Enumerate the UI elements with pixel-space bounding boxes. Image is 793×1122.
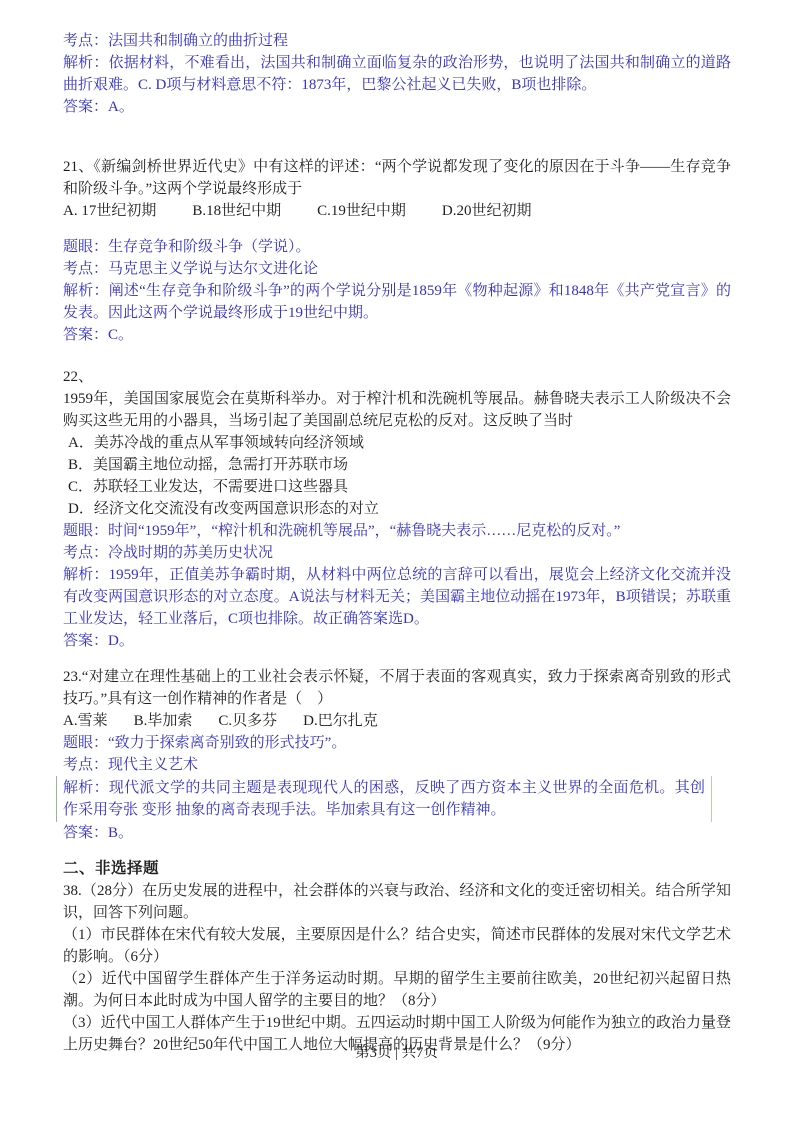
option-d: D.20世纪初期 <box>442 200 532 222</box>
answer-line: 答案：B。 <box>63 822 731 844</box>
analysis-line: 解析：阐述“生存竞争和阶级斗争”的两个学说分别是1859年《物种起源》和1848… <box>63 280 731 324</box>
option-b: B．美国霸主地位动摇，急需打开苏联市场 <box>63 454 731 476</box>
option-d: D．经济文化交流没有改变两国意识形态的对立 <box>63 498 731 520</box>
answer-line: 答案：C。 <box>63 324 731 346</box>
section-heading: 二、非选择题 <box>63 858 731 880</box>
question-23-block: 23.“对建立在理性基础上的工业社会表示怀疑，不屑于表面的客观真实，致力于探索离… <box>63 666 731 844</box>
question-stem: 23.“对建立在理性基础上的工业社会表示怀疑，不屑于表面的客观真实，致力于探索离… <box>63 666 731 710</box>
analysis-highlight-box: 解析：现代派文学的共同主题是表现现代人的困惑，反映了西方资本主义世界的全面危机。… <box>56 776 712 822</box>
option-c: C．苏联轻工业发达，不需要进口这些器具 <box>63 476 731 498</box>
options-row: A.雪莱B.毕加索C.贝多芬D.巴尔扎克 <box>63 710 731 732</box>
analysis-line: 解析：1959年，正值美苏争霸时期，从材料中两位总统的言辞可以看出，展览会上经济… <box>63 564 731 630</box>
question-stem: 21、《新编剑桥世界近代史》中有这样的评述：“两个学说都发现了变化的原因在于斗争… <box>63 156 731 200</box>
analysis-line: 解析：依据材料，不难看出，法国共和制确立面临复杂的政治形势，也说明了法国共和制确… <box>63 52 731 96</box>
exam-point-line: 考点：现代主义艺术 <box>63 754 731 776</box>
question-stem: 1959年，美国国家展览会在莫斯科举办。对于榨汁机和洗碗机等展品。赫鲁晓夫表示工… <box>63 388 731 432</box>
option-a: A．美苏冷战的重点从军事领域转向经济领域 <box>63 432 731 454</box>
section-2-block: 二、非选择题 38.（28分）在历史发展的进程中，社会群体的兴衰与政治、经济和文… <box>63 858 731 1056</box>
option-c: C.贝多芬 <box>218 710 277 732</box>
prev-answer-block: 考点：法国共和制确立的曲折过程 解析：依据材料，不难看出，法国共和制确立面临复杂… <box>63 30 731 118</box>
analysis-line: 解析：现代派文学的共同主题是表现现代人的困惑，反映了西方资本主义世界的全面危机。… <box>63 777 705 821</box>
answer-line: 答案：D。 <box>63 630 731 652</box>
question-22-block: 22、 1959年，美国国家展览会在莫斯科举办。对于榨汁机和洗碗机等展品。赫鲁晓… <box>63 366 731 652</box>
option-c: C.19世纪中期 <box>317 200 406 222</box>
option-b: B.毕加索 <box>134 710 193 732</box>
question-21-block: 21、《新编剑桥世界近代史》中有这样的评述：“两个学说都发现了变化的原因在于斗争… <box>63 156 731 346</box>
option-d: D.巴尔扎克 <box>303 710 378 732</box>
answer-line: 答案：A。 <box>63 96 731 118</box>
options-row: A. 17世纪初期B.18世纪中期C.19世纪中期D.20世纪初期 <box>63 200 731 222</box>
option-a: A.雪莱 <box>63 710 108 732</box>
option-a: A. 17世纪初期 <box>63 200 156 222</box>
exam-point-line: 考点：马克思主义学说与达尔文进化论 <box>63 258 731 280</box>
question-number: 22、 <box>63 366 731 388</box>
document-page: 考点：法国共和制确立的曲折过程 解析：依据材料，不难看出，法国共和制确立面临复杂… <box>0 0 793 1122</box>
question-22-explanation: 题眼：时间“1959年”，“榨汁机和洗碗机等展品”，“赫鲁晓夫表示……尼克松的反… <box>63 520 731 652</box>
question-21-explanation: 题眼：生存竞争和阶级斗争（学说）。 考点：马克思主义学说与达尔文进化论 解析：阐… <box>63 236 731 346</box>
key-clue-line: 题眼：时间“1959年”，“榨汁机和洗碗机等展品”，“赫鲁晓夫表示……尼克松的反… <box>63 520 731 542</box>
question-38-intro: 38.（28分）在历史发展的进程中，社会群体的兴衰与政治、经济和文化的变迁密切相… <box>63 880 731 924</box>
question-23-explanation: 题眼：“致力于探索离奇别致的形式技巧”。 考点：现代主义艺术 解析：现代派文学的… <box>63 732 731 844</box>
option-b: B.18世纪中期 <box>192 200 281 222</box>
key-clue-line: 题眼：生存竞争和阶级斗争（学说）。 <box>63 236 731 258</box>
page-footer: 第3页 | 共7页 <box>0 1042 793 1064</box>
exam-point-line: 考点：冷战时期的苏美历史状况 <box>63 542 731 564</box>
key-clue-line: 题眼：“致力于探索离奇别致的形式技巧”。 <box>63 732 731 754</box>
question-38-part-2: （2）近代中国留学生群体产生于洋务运动时期。早期的留学生主要前往欧美，20世纪初… <box>63 968 731 1012</box>
exam-point-line: 考点：法国共和制确立的曲折过程 <box>63 30 731 52</box>
question-38-part-1: （1）市民群体在宋代有较大发展，主要原因是什么？结合史实，简述市民群体的发展对宋… <box>63 924 731 968</box>
